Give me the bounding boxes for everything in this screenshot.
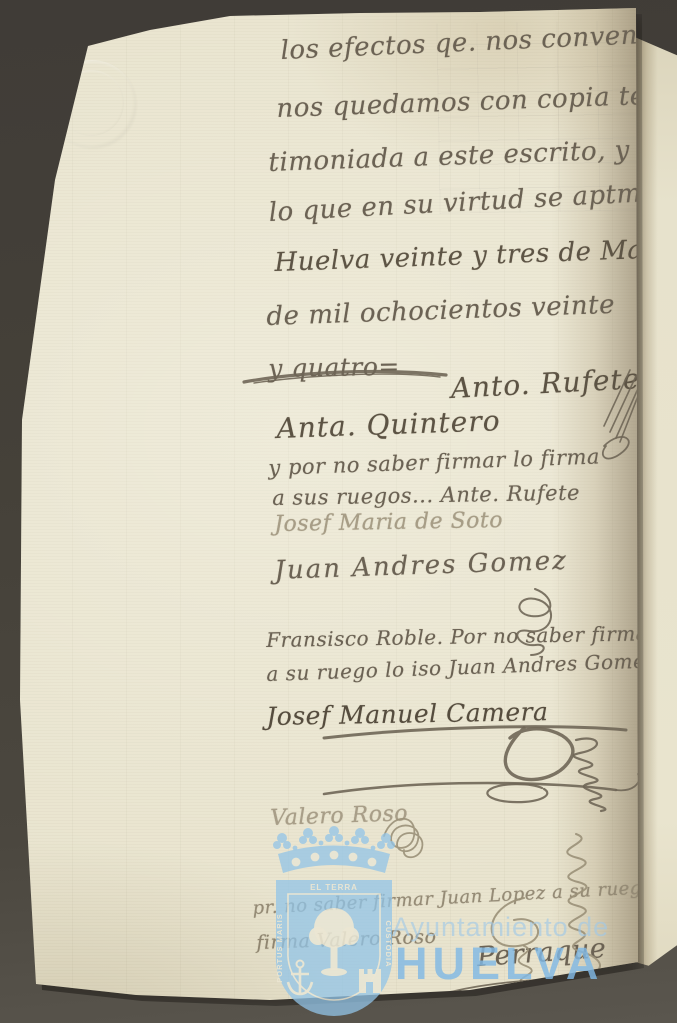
manuscript-line: a su ruego lo iso Juan Andres Gomez [266,648,657,686]
manuscript-page: los efectos qe. nos convengan nos quedam… [18,8,638,1016]
signature-quintero: Anta. Quintero [276,404,501,445]
underline-flourish [240,366,452,386]
signature-soto: Josef Maria de Soto [274,508,503,537]
manuscript-line: y por no saber firmar lo firma [268,444,600,480]
signature-gomez: Juan Andres Gomez [274,546,568,586]
embossed-seal [48,60,136,148]
archival-scan: los efectos qe. nos convengan nos quedam… [0,0,677,1023]
manuscript-line-dateline: Huelva veinte y tres de Mayo [274,234,675,278]
manuscript-line: firma Valero Roso [256,926,437,954]
manuscript-line: Fransisco Roble. Por no saber firmar [266,621,658,652]
perraque-underline-flourish [448,970,660,1002]
valero-rubric-coil [378,802,468,860]
rufete-rubric-flourish [596,368,640,468]
camera-rubric-flourish [318,712,650,814]
manuscript-line: de mil ochocientos veinte [266,290,615,332]
embossed-seal-ring [58,70,124,136]
manuscript-line: a sus ruegos... Ante. Rufete [272,481,580,510]
gomez-rubric-knot [505,585,563,659]
